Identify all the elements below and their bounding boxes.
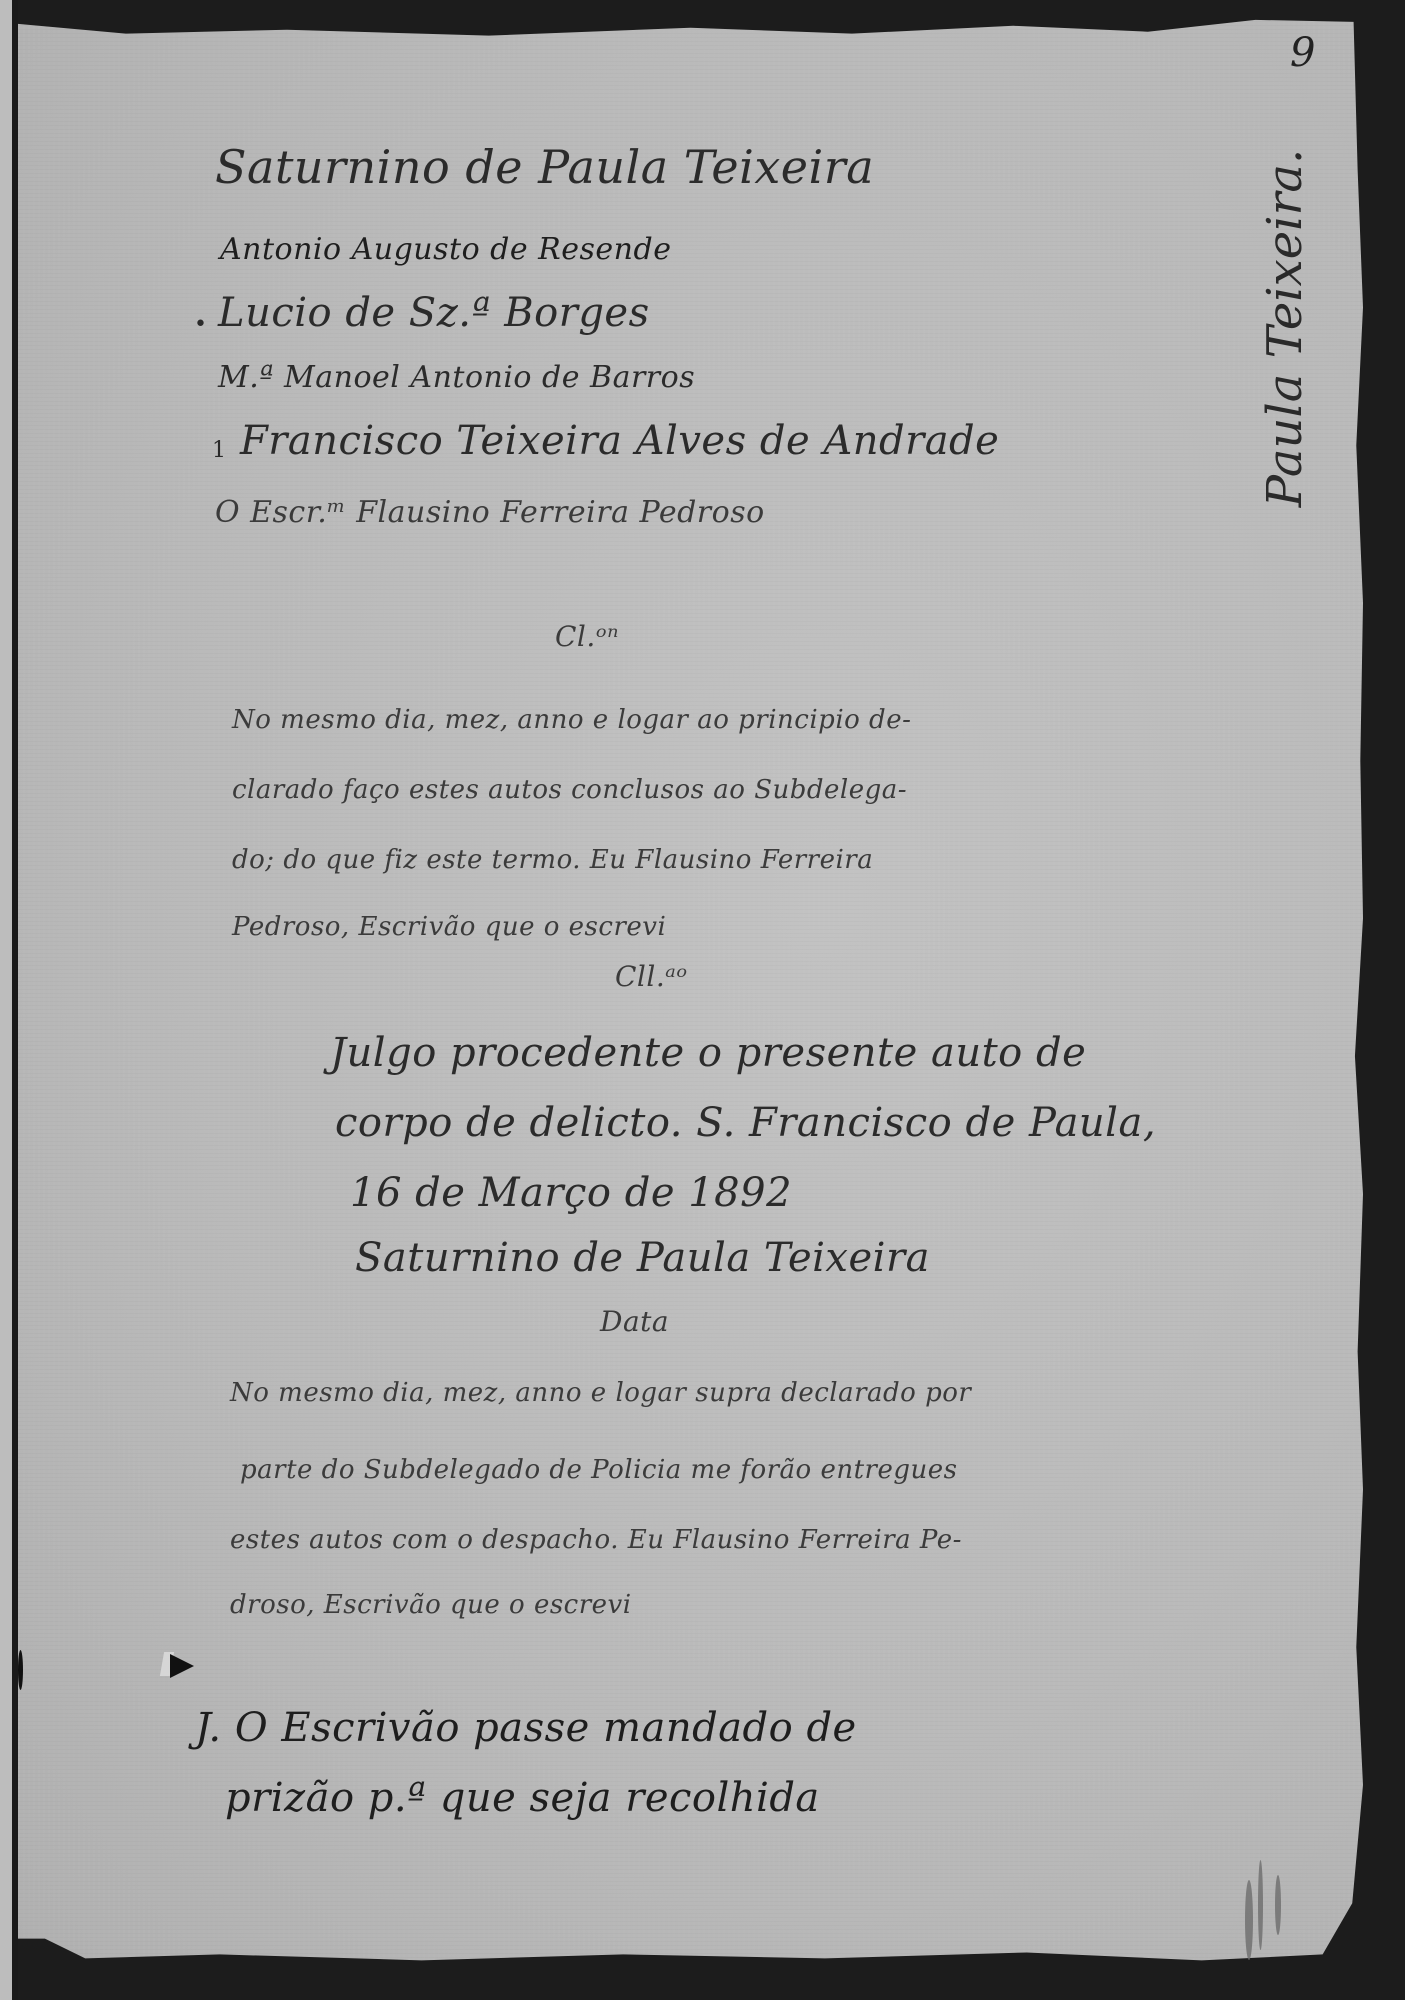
paragraph-line: No mesmo dia, mez, anno e logar supra de… — [230, 1378, 971, 1408]
order-line: J. O Escrivão passe mandado de — [195, 1705, 857, 1751]
margin-signature: Paula Teixeira. — [1257, 118, 1313, 538]
binding-edge — [12, 0, 18, 2000]
binding-notch — [18, 1650, 23, 1690]
paragraph-line: estes autos com o despacho. Eu Flausino … — [230, 1525, 962, 1555]
signature-line: O Escr.ᵐ Flausino Ferreira Pedroso — [215, 495, 765, 530]
paragraph-line: clarado faço estes autos conclusos ao Su… — [232, 775, 907, 805]
signature-line: Saturnino de Paula Teixeira — [215, 140, 874, 194]
judgment-line: Julgo procedente o presente auto de — [330, 1030, 1086, 1076]
paragraph-line: Pedroso, Escrivão que o escrevi — [232, 912, 666, 942]
paragraph-line: droso, Escrivão que o escrevi — [230, 1590, 632, 1620]
ink-smudge — [1275, 1875, 1281, 1935]
list-bullet-mark: • — [194, 312, 207, 337]
paper-tear-hole — [170, 1654, 194, 1678]
section-heading-conclusao-2: Cll.ᵃᵒ — [615, 960, 688, 993]
paragraph-line: parte do Subdelegado de Policia me forão… — [240, 1455, 957, 1485]
signature-line: Francisco Teixeira Alves de Andrade — [240, 418, 999, 464]
judge-signature: Saturnino de Paula Teixeira — [355, 1235, 930, 1281]
list-number-mark: 1 — [212, 438, 226, 463]
ink-smudge — [1245, 1880, 1253, 1960]
signature-line: M.ª Manoel Antonio de Barros — [218, 360, 695, 395]
page-number: 9 — [1290, 30, 1315, 76]
signature-line: Lucio de Sz.ª Borges — [218, 290, 650, 336]
signature-line: Antonio Augusto de Resende — [220, 232, 671, 267]
paragraph-line: do; do que fiz este termo. Eu Flausino F… — [232, 845, 873, 875]
section-heading-data: Data — [600, 1305, 669, 1338]
order-line: prizão p.ª que seja recolhida — [225, 1775, 820, 1821]
judgment-date: 16 de Março de 1892 — [350, 1170, 792, 1216]
paragraph-line: No mesmo dia, mez, anno e logar ao princ… — [232, 705, 911, 735]
section-heading-conclusao: Cl.ᵒⁿ — [555, 620, 619, 653]
judgment-line: corpo de delicto. S. Franci​sco de Paula… — [335, 1100, 1156, 1146]
ink-smudge — [1258, 1860, 1263, 1950]
